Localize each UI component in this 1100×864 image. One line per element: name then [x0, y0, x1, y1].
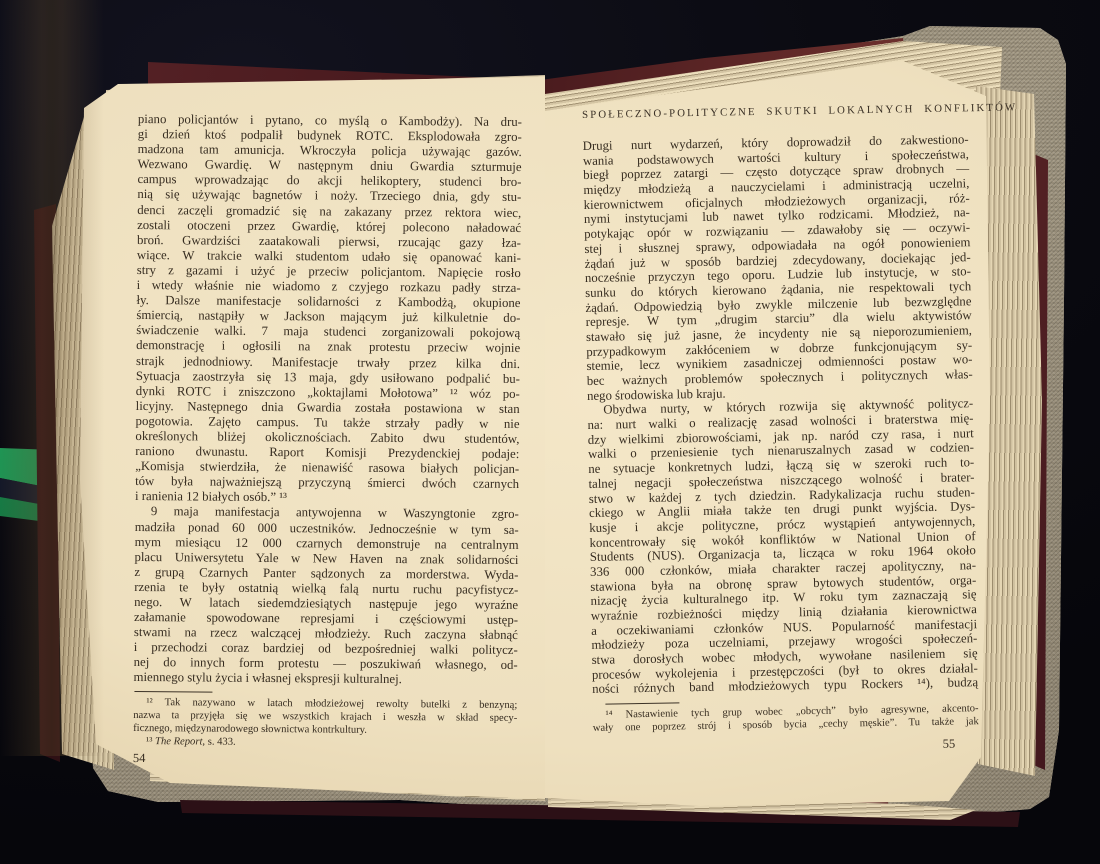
- footnote-page-ref: , s. 433.: [202, 736, 235, 747]
- right-page-body: Drugi nurt wydarzeń, który doprowadził d…: [583, 132, 979, 697]
- footnote-rule: [134, 691, 212, 693]
- gutter-shadow: [0, 0, 104, 756]
- right-page-footnotes: ¹⁴ Nastawienie tych grup wobec „obcych” …: [592, 702, 978, 735]
- book-photo-scene: piano policjantów i pytano, co myślą o K…: [0, 0, 1100, 864]
- page-number-right: 55: [593, 737, 955, 758]
- right-page-text: SPOŁECZNO-POLITYCZNE SKUTKI LOKALNYCH KO…: [582, 101, 979, 758]
- body-line: miennego stylu życia i własnej ekspresji…: [133, 670, 517, 688]
- left-page-footnotes: ¹² Tak nazywano w latach młodzieżowej re…: [133, 696, 517, 738]
- footnote-line: ¹³ The Report, s. 433.: [133, 735, 517, 751]
- page-number-left: 54: [133, 751, 517, 769]
- footnote-marker: ¹³: [146, 736, 155, 747]
- running-header: SPOŁECZNO-POLITYCZNE SKUTKI LOKALNYCH KO…: [582, 101, 968, 122]
- footnote-work-title: The Report: [155, 736, 202, 747]
- left-page-body: piano policjantów i pytano, co myślą o K…: [133, 112, 521, 689]
- left-page-text: piano policjantów i pytano, co myślą o K…: [133, 112, 522, 769]
- footnote-rule: [605, 703, 679, 705]
